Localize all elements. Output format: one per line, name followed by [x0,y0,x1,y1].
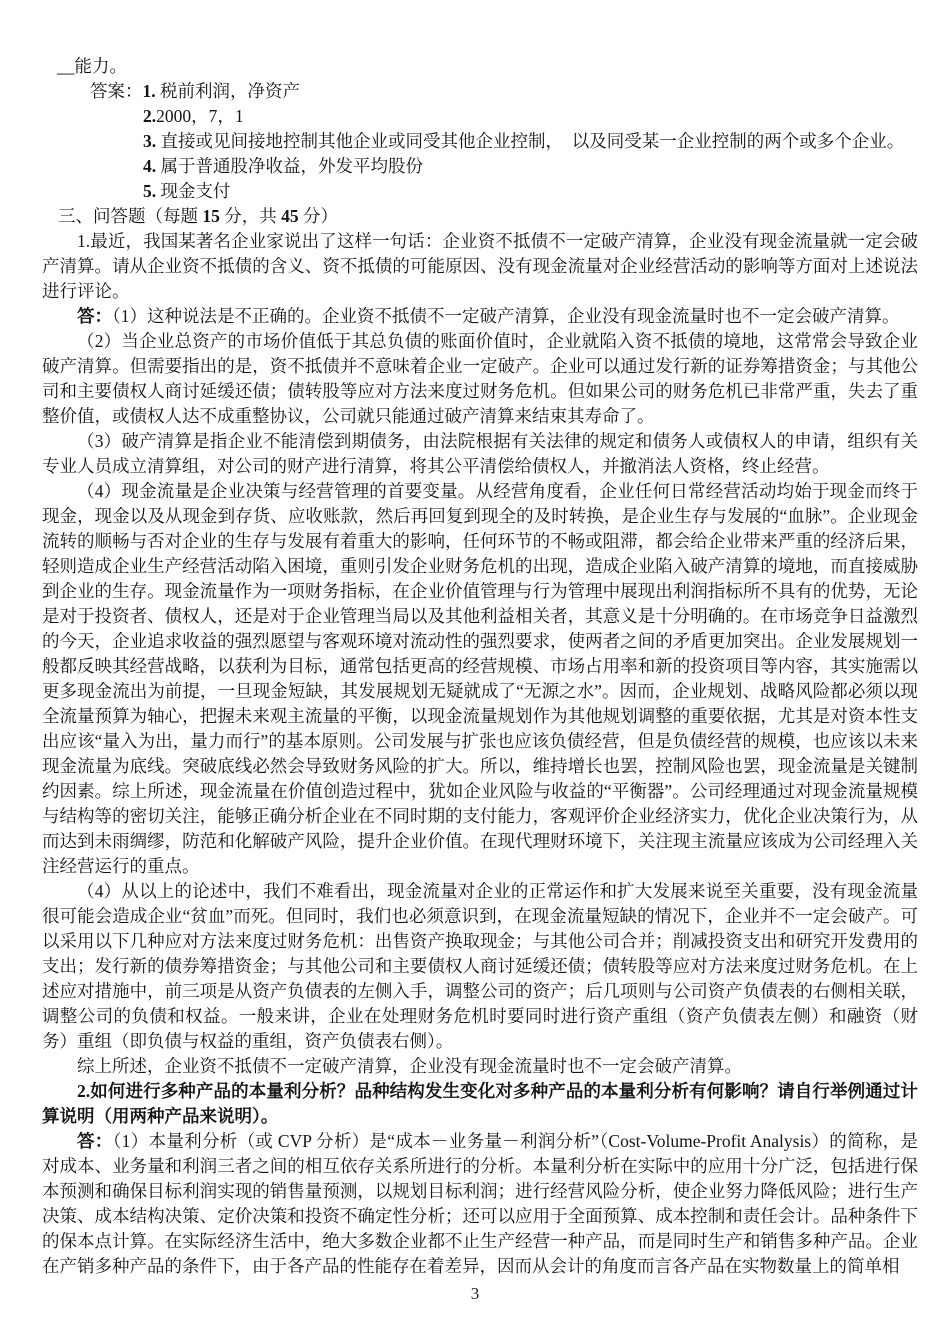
paragraph: 3. 直接或见间接地控制其他企业或同受其他企业控制， 以及同受某一企业控制的两个… [42,129,918,154]
paragraph: 综上所述，企业资不抵债不一定破产清算，企业没有现金流量时也不一定会破产清算。 [42,1054,918,1079]
bold-text-run: 15 [202,206,220,226]
paragraph: （3）破产清算是指企业不能清偿到期债务，由法院根据有关法律的规定和债务人或债权人… [42,429,918,479]
text-run: 分） [299,206,338,226]
paragraph: 答：（1）本量利分析（或 CVP 分析）是“成本－业务量－利润分析”（Cost-… [42,1129,918,1279]
bold-text-run: 2. [143,106,156,126]
paragraph: 2.2000，7，1 [42,104,918,129]
paragraph: 答案：1. 税前利润，净资产 [42,79,918,104]
bold-text-run: 1. [143,81,156,101]
text-run: 分，共 [220,206,281,226]
text-run: 综上所述，企业资不抵债不一定破产清算，企业没有现金流量时也不一定会破产清算。 [77,1056,742,1076]
paragraph: 2.如何进行多种产品的本量利分析？品种结构发生变化对多种产品的本量利分析有何影响… [42,1079,918,1129]
paragraph: 答：（1）这种说法是不正确的。企业资不抵债不一定破产清算，企业没有现金流量时也不… [42,304,918,329]
paragraph: （4）现金流量是企业决策与经营管理的首要变量。从经营角度看，企业任何日常经营活动… [42,479,918,879]
text-run: （4）现金流量是企业决策与经营管理的首要变量。从经营角度看，企业任何日常经营活动… [42,481,918,876]
bold-text-run: 4. [143,156,156,176]
paragraph: （2）当企业总资产的市场价值低于其总负债的账面价值时，企业就陷入资不抵债的境地，… [42,329,918,429]
text-run: 2000，7，1 [156,106,244,126]
paragraph: （4）从以上的论述中，我们不难看出，现金流量对企业的正常运作和扩大发展来说至关重… [42,879,918,1054]
document-body: __能力。答案：1. 税前利润，净资产2.2000，7，13. 直接或见间接地控… [42,54,918,1279]
paragraph: 1.最近，我国某著名企业家说出了这样一句话：企业资不抵债不一定破产清算，企业没有… [42,229,918,304]
text-run: （1）这种说法是不正确的。企业资不抵债不一定破产清算，企业没有现金流量时也不一定… [112,306,900,326]
text-run: （3）破产清算是指企业不能清偿到期债务，由法院根据有关法律的规定和债务人或债权人… [42,431,918,476]
text-run: （2）当企业总资产的市场价值低于其总负债的账面价值时，企业就陷入资不抵债的境地，… [42,331,918,426]
text-run: __能力。 [57,56,127,76]
bold-text-run: 答： [77,306,112,326]
text-run: 现金支付 [156,181,230,201]
bold-text-run: 2.如何进行多种产品的本量利分析？品种结构发生变化对多种产品的本量利分析有何影响… [42,1081,918,1126]
bold-text-run: 3. [143,131,156,151]
bold-text-run: 答： [77,1131,113,1151]
bold-text-run: 45 [281,206,299,226]
text-run: 直接或见间接地控制其他企业或同受其他企业控制， 以及同受某一企业控制的两个或多个… [156,131,904,151]
text-run: 三、问答题（每题 [58,206,202,226]
text-run: 1.最近，我国某著名企业家说出了这样一句话：企业资不抵债不一定破产清算，企业没有… [42,231,918,301]
paragraph: __能力。 [42,54,918,79]
text-run: 税前利润，净资产 [156,81,300,101]
bold-text-run: 5. [143,181,156,201]
page-number: 3 [0,1284,950,1304]
paragraph: 三、问答题（每题 15 分，共 45 分） [42,204,918,229]
text-run: （4）从以上的论述中，我们不难看出，现金流量对企业的正常运作和扩大发展来说至关重… [42,881,918,1051]
paragraph: 5. 现金支付 [42,179,918,204]
text-run: 答案： [90,81,143,101]
text-run: （1）本量利分析（或 CVP 分析）是“成本－业务量－利润分析”（Cost-Vo… [42,1131,918,1276]
page: { "document": { "page_number": "3", "par… [0,0,950,1344]
text-run: 属于普通股净收益，外发平均股份 [156,156,423,176]
paragraph: 4. 属于普通股净收益，外发平均股份 [42,154,918,179]
